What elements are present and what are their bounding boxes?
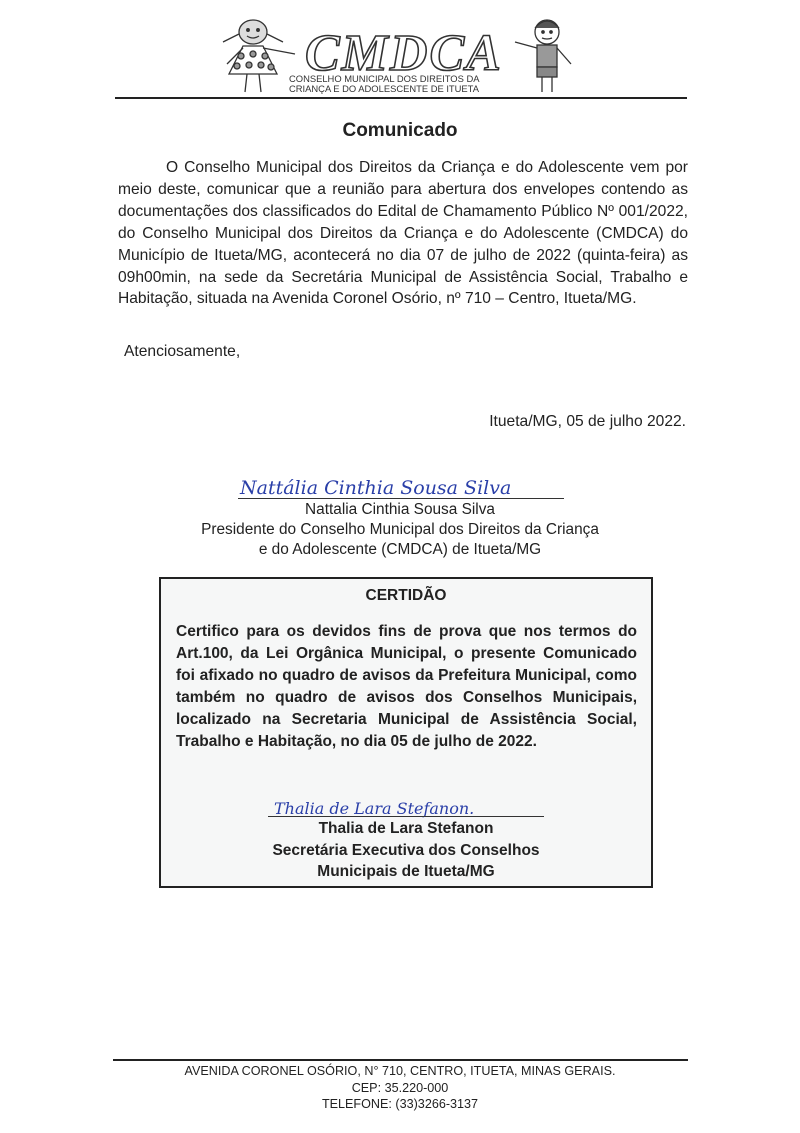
signature-nattalia: Nattália Cinthia Sousa Silva	[236, 470, 564, 500]
place-date: Itueta/MG, 05 de julho 2022.	[489, 413, 686, 431]
girl-figure-icon	[223, 20, 295, 92]
footer-phone: TELEFONE: (33)3266-3137	[0, 1096, 800, 1113]
footer-address: AVENIDA CORONEL OSÓRIO, N° 710, CENTRO, …	[0, 1063, 800, 1080]
signature-line	[238, 498, 564, 499]
body-paragraph: O Conselho Municipal dos Direitos da Cri…	[118, 157, 688, 310]
signatory1-role-line2: e do Adolescente (CMDCA) de Itueta/MG	[0, 540, 800, 560]
org-name-line2: CRIANÇA E DO ADOLESCENTE DE ITUETA	[289, 83, 480, 94]
signature-line-2	[268, 816, 544, 817]
boy-figure-icon	[515, 20, 571, 92]
signatory1-role-line1: Presidente do Conselho Municipal dos Dir…	[0, 520, 800, 540]
document-title: Comunicado	[0, 120, 800, 142]
certidao-title: CERTIDÃO	[161, 587, 651, 605]
body-text: O Conselho Municipal dos Direitos da Cri…	[118, 159, 688, 307]
footer-cep: CEP: 35.220-000	[0, 1080, 800, 1097]
certidao-text: Certifico para os devidos fins de prova …	[176, 621, 637, 752]
header-divider	[115, 97, 687, 99]
signatory2-role-line2: Municipais de Itueta/MG	[159, 861, 653, 883]
closing-salutation: Atenciosamente,	[124, 343, 240, 361]
svg-text:Nattália Cinthia Sousa Silva: Nattália Cinthia Sousa Silva	[239, 477, 511, 499]
signatory2-role-line1: Secretária Executiva dos Conselhos	[159, 840, 653, 862]
footer: AVENIDA CORONEL OSÓRIO, N° 710, CENTRO, …	[0, 1063, 800, 1113]
letterhead: CMDCA CONSELHO MUNICIPAL DOS DIREITOS DA…	[115, 12, 687, 100]
cmdca-logo: CMDCA CONSELHO MUNICIPAL DOS DIREITOS DA…	[115, 12, 687, 100]
footer-divider	[113, 1059, 688, 1061]
signatory2-name: Thalia de Lara Stefanon	[159, 818, 653, 840]
signatory1-name: Nattalia Cinthia Sousa Silva	[0, 500, 800, 520]
